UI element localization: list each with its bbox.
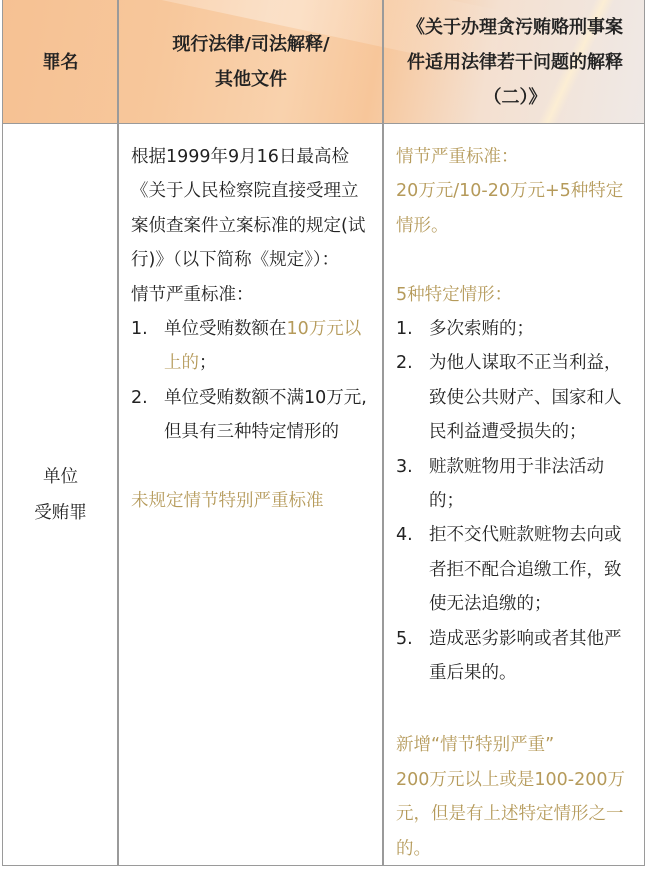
list-text: 多次索贿的； xyxy=(429,312,638,346)
list-text: 单位受贿数额不满10万元,但具有三种特定情形的 xyxy=(164,381,373,450)
criteria-list: 1. 单位受贿数额在10万元以上的； 2. 单位受贿数额不满10万元,但具有三种… xyxy=(131,312,373,450)
item-text: ； xyxy=(199,353,217,373)
list-text: 为他人谋取不正当利益，致使公共财产、国家和人民利益遭受损失的； xyxy=(429,346,638,449)
list-text: 赃款赃物用于非法活动的； xyxy=(429,450,638,519)
spacer xyxy=(396,690,638,728)
list-item: 5. 造成恶劣影响或者其他严重后果的。 xyxy=(396,622,638,691)
list-text: 单位受贿数额在10万元以上的； xyxy=(164,312,373,381)
list-number: 2. xyxy=(396,346,429,449)
header-crime-name: 罪名 xyxy=(3,0,118,124)
new-standard-value: 200万元以上或是100-200万元，但是有上述特定情形之一的。 xyxy=(396,763,638,866)
circumstances-label: 5种特定情形： xyxy=(396,278,638,312)
cell-interpretation: 情节严重标准： 20万元/10-20万元+5种特定情形。 5种特定情形： 1. … xyxy=(384,124,646,865)
list-number: 4. xyxy=(396,518,429,621)
serious-standard-label: 情节严重标准： xyxy=(396,140,638,174)
list-item: 1. 单位受贿数额在10万元以上的； xyxy=(131,312,373,381)
cell-current-law: 根据1999年9月16日最高检《关于人民检察院直接受理立案侦查案件立案标准的规定… xyxy=(119,124,383,865)
item-text: 单位受贿数额在 xyxy=(164,319,287,339)
header-text: （二）》 xyxy=(407,80,623,115)
crime-name-line: 单位 xyxy=(34,459,87,495)
spacer xyxy=(131,450,373,484)
list-number: 5. xyxy=(396,622,429,691)
cell-crime-name: 单位 受贿罪 xyxy=(3,124,118,865)
header-interpretation: 《关于办理贪污贿赂刑事案 件适用法律若干问题的解释 （二）》 xyxy=(384,0,646,124)
spacer xyxy=(396,243,638,277)
list-number: 2. xyxy=(131,381,164,450)
list-item: 4. 拒不交代赃款赃物去向或者拒不配合追缴工作，致使无法追缴的； xyxy=(396,518,638,621)
list-number: 1. xyxy=(131,312,164,381)
list-item: 2. 为他人谋取不正当利益，致使公共财产、国家和人民利益遭受损失的； xyxy=(396,346,638,449)
header-text: 现行法律/司法解释/ xyxy=(172,27,329,62)
note-text: 未规定情节特别严重标准 xyxy=(131,484,373,518)
list-number: 3. xyxy=(396,450,429,519)
list-text: 造成恶劣影响或者其他严重后果的。 xyxy=(429,622,638,691)
column-divider xyxy=(382,0,384,865)
intro-text: 根据1999年9月16日最高检《关于人民检察院直接受理立案侦查案件立案标准的规定… xyxy=(131,140,373,278)
header-text: 罪名 xyxy=(43,45,79,80)
list-item: 1. 多次索贿的； xyxy=(396,312,638,346)
header-text: 其他文件 xyxy=(172,62,329,97)
header-current-law: 现行法律/司法解释/ 其他文件 xyxy=(119,0,383,124)
list-number: 1. xyxy=(396,312,429,346)
circumstances-list: 1. 多次索贿的； 2. 为他人谋取不正当利益，致使公共财产、国家和人民利益遭受… xyxy=(396,312,638,690)
list-text: 拒不交代赃款赃物去向或者拒不配合追缴工作，致使无法追缴的； xyxy=(429,518,638,621)
crime-name-line: 受贿罪 xyxy=(34,495,87,531)
comparison-table: 罪名 现行法律/司法解释/ 其他文件 《关于办理贪污贿赂刑事案 件适用法律若干问… xyxy=(2,0,645,866)
column-divider xyxy=(117,0,119,865)
serious-standard-label: 情节严重标准： xyxy=(131,278,373,312)
list-item: 2. 单位受贿数额不满10万元,但具有三种特定情形的 xyxy=(131,381,373,450)
serious-standard-value: 20万元/10-20万元+5种特定情形。 xyxy=(396,174,638,243)
list-item: 3. 赃款赃物用于非法活动的； xyxy=(396,450,638,519)
header-text: 件适用法律若干问题的解释 xyxy=(407,45,623,80)
new-standard-label: 新增“情节特别严重” xyxy=(396,728,638,762)
header-text: 《关于办理贪污贿赂刑事案 xyxy=(407,10,623,45)
